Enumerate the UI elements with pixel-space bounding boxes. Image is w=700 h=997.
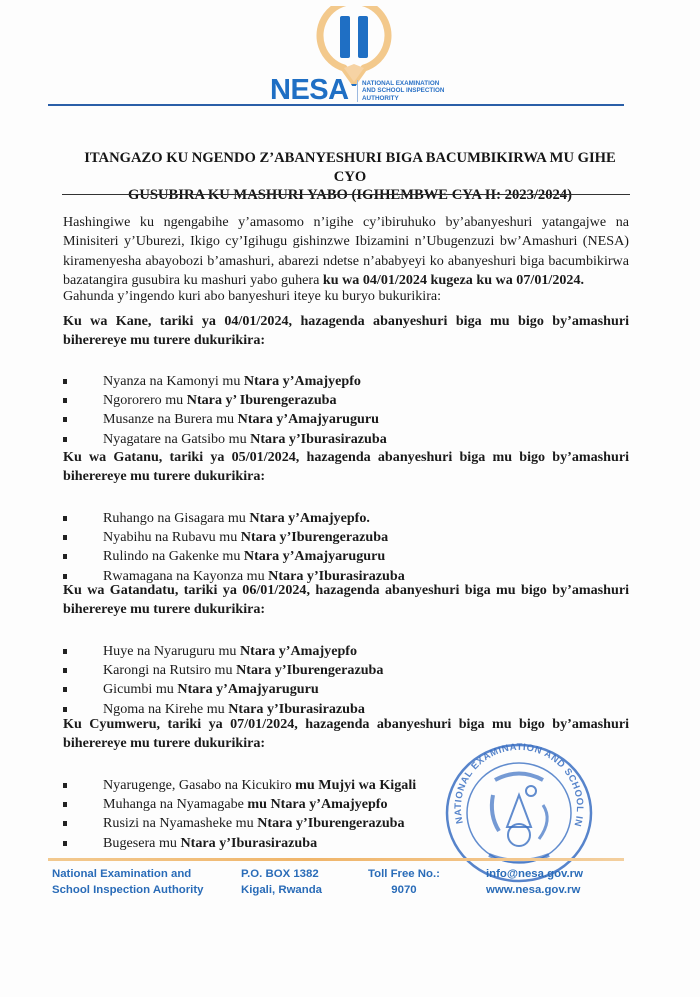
list-item: Rusizi na Nyamasheke mu Ntara y’Iburenge… bbox=[63, 814, 493, 833]
list-item: Bugesera mu Ntara y’Iburasirazuba bbox=[63, 834, 493, 853]
list-item: Gicumbi mu Ntara y’Amajyaruguru bbox=[63, 680, 493, 699]
list-item: Ngororero mu Ntara y’ Iburengerazuba bbox=[63, 391, 493, 410]
bullet-icon bbox=[63, 687, 67, 692]
district-list-saturday: Huye na Nyaruguru mu Ntara y’Amajyepfo K… bbox=[63, 642, 493, 719]
bullet-icon bbox=[63, 707, 67, 712]
bullet-icon bbox=[63, 516, 67, 521]
list-item: Huye na Nyaruguru mu Ntara y’Amajyepfo bbox=[63, 642, 493, 661]
list-item: Nyabihu na Rubavu mu Ntara y’Iburengeraz… bbox=[63, 528, 493, 547]
intro-paragraph: Hashingiwe ku ngengabihe y’amasomo n’igi… bbox=[63, 213, 629, 290]
list-item: Ruhango na Gisagara mu Ntara y’Amajyepfo… bbox=[63, 509, 493, 528]
bullet-icon bbox=[63, 437, 67, 442]
bullet-icon bbox=[63, 574, 67, 579]
document-title: ITANGAZO KU NGENDO Z’ABANYESHURI BIGA BA… bbox=[70, 149, 630, 205]
official-stamp-icon: NATIONAL EXAMINATION AND SCHOOL INSPECTI… bbox=[443, 735, 595, 887]
bullet-icon bbox=[63, 649, 67, 654]
bullet-icon bbox=[63, 417, 67, 422]
bullet-icon bbox=[63, 379, 67, 384]
bullet-icon bbox=[63, 668, 67, 673]
district-list-sunday: Nyarugenge, Gasabo na Kicukiro mu Mujyi … bbox=[63, 776, 493, 853]
footer-divider bbox=[48, 858, 624, 861]
logo-subtitle: NATIONAL EXAMINATION AND SCHOOL INSPECTI… bbox=[357, 80, 444, 102]
bullet-icon bbox=[63, 821, 67, 826]
bullet-icon bbox=[63, 841, 67, 846]
list-item: Muhanga na Nyamagabe mu Ntara y’Amajyepf… bbox=[63, 795, 493, 814]
footer-organization: National Examination and School Inspecti… bbox=[52, 867, 203, 898]
district-list-friday: Ruhango na Gisagara mu Ntara y’Amajyepfo… bbox=[63, 509, 493, 586]
bullet-icon bbox=[63, 802, 67, 807]
footer-contact: info@nesa.gov.rw www.nesa.gov.rw bbox=[486, 867, 583, 898]
footer-website[interactable]: www.nesa.gov.rw bbox=[486, 883, 583, 899]
title-underline bbox=[62, 194, 630, 195]
list-item: Nyanza na Kamonyi mu Ntara y’Amajyepfo bbox=[63, 372, 493, 391]
bullet-icon bbox=[63, 535, 67, 540]
district-list-thursday: Nyanza na Kamonyi mu Ntara y’Amajyepfo N… bbox=[63, 372, 493, 449]
list-item: Karongi na Rutsiro mu Ntara y’Iburengera… bbox=[63, 661, 493, 680]
list-item: Nyagatare na Gatsibo mu Ntara y’Iburasir… bbox=[63, 430, 493, 449]
section-heading-thursday: Ku wa Kane, tariki ya 04/01/2024, hazage… bbox=[63, 312, 629, 351]
footer-email[interactable]: info@nesa.gov.rw bbox=[486, 867, 583, 883]
list-item: Musanze na Burera mu Ntara y’Amajyarugur… bbox=[63, 410, 493, 429]
plan-intro: Gahunda y’ingendo kuri abo banyeshuri it… bbox=[63, 287, 629, 306]
list-item: Nyarugenge, Gasabo na Kicukiro mu Mujyi … bbox=[63, 776, 493, 795]
bullet-icon bbox=[63, 398, 67, 403]
svg-text:NATIONAL EXAMINATION AND SCHOO: NATIONAL EXAMINATION AND SCHOOL INSPECTI… bbox=[443, 735, 585, 828]
header-divider bbox=[48, 104, 624, 106]
section-heading-friday: Ku wa Gatanu, tariki ya 05/01/2024, haza… bbox=[63, 448, 629, 487]
bullet-icon bbox=[63, 783, 67, 788]
list-item: Rulindo na Gakenke mu Ntara y’Amajyarugu… bbox=[63, 547, 493, 566]
bullet-icon bbox=[63, 554, 67, 559]
footer-tollfree: Toll Free No.: 9070 bbox=[368, 867, 440, 898]
footer-address: P.O. BOX 1382 Kigali, Rwanda bbox=[241, 867, 322, 898]
nesa-logo: NESA NATIONAL EXAMINATION AND SCHOOL INS… bbox=[248, 4, 628, 104]
logo-wordmark: NESA bbox=[270, 74, 349, 107]
section-heading-saturday: Ku wa Gatandatu, tariki ya 06/01/2024, h… bbox=[63, 581, 629, 620]
